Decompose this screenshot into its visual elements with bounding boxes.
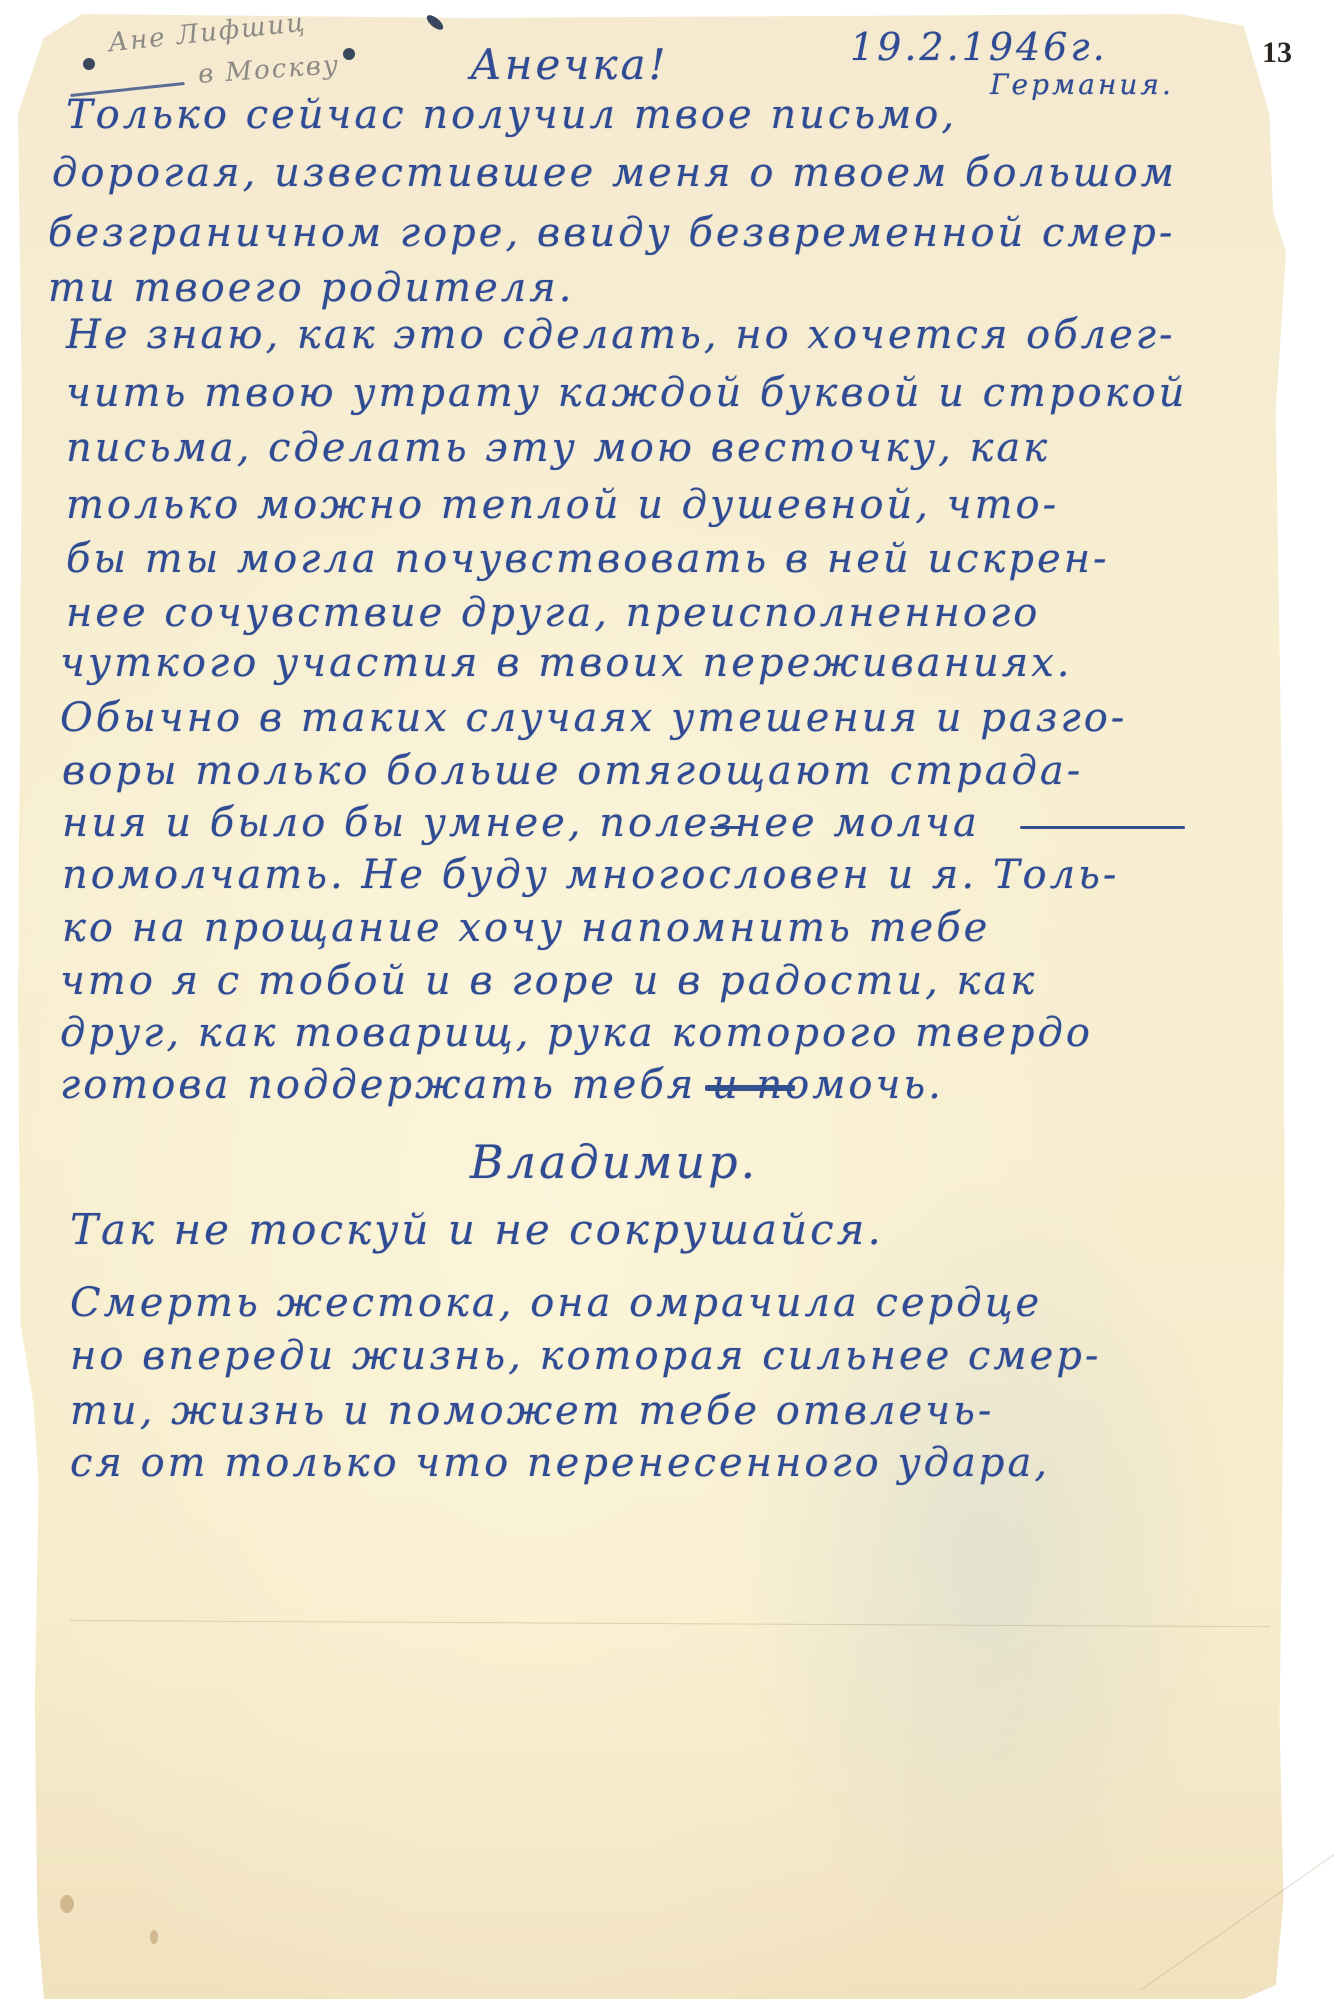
letter-line: ния и было бы умнее, полезнее молча: [62, 800, 980, 846]
ink-blot: [343, 48, 355, 60]
letter-line: что я с тобой и в горе и в радости, как: [60, 958, 1037, 1004]
strikethrough-mark: [710, 826, 740, 829]
letter-line: письма, сделать эту мою весточку, как: [66, 425, 1050, 471]
page-number: 13: [1262, 36, 1292, 70]
strikethrough-mark: [1020, 826, 1185, 829]
letter-line: чить твою утрату каждой буквой и строкой: [66, 370, 1187, 416]
paper-stain: [60, 1895, 74, 1913]
letter-line: ко на прощание хочу напомнить тебе: [62, 905, 990, 951]
letter-date: 19.2.1946г.: [850, 25, 1108, 69]
postscript-line: ся от только что перенесенного удара,: [70, 1440, 1050, 1486]
letter-line: безграничном горе, ввиду безвременной см…: [48, 210, 1175, 256]
postscript-line: но впереди жизнь, которая сильнее смер-: [70, 1333, 1101, 1379]
letter-place: Германия.: [990, 68, 1174, 101]
salutation: Анечка!: [470, 40, 668, 89]
letter-line: помолчать. Не буду многословен и я. Толь…: [62, 852, 1119, 898]
letter-line: друг, как товарищ, рука которого твердо: [60, 1010, 1093, 1056]
letter-line: дорогая, известившее меня о твоем большо…: [52, 150, 1177, 196]
letter-line: нее сочувствие друга, преисполненного: [66, 590, 1040, 636]
letter-line: Только сейчас получил твое письмо,: [66, 92, 957, 138]
postscript-line: ти, жизнь и поможет тебе отвлечь-: [70, 1388, 994, 1434]
letter-line: бы ты могла почувствовать в ней искрен-: [66, 536, 1110, 582]
paper-stain: [150, 1930, 158, 1944]
letter-line: только можно теплой и душевной, что-: [66, 482, 1059, 528]
postscript-line: Смерть жестока, она омрачила сердце: [70, 1280, 1042, 1326]
letter-line: Не знаю, как это сделать, но хочется обл…: [66, 312, 1176, 358]
letter-line: готова поддержать тебя и помочь.: [60, 1062, 944, 1108]
strikethrough-mark: [705, 1085, 795, 1091]
letter-line: ти твоего родителя.: [48, 265, 574, 311]
letter-line: воры только больше отягощают страда-: [62, 748, 1083, 794]
postscript-line: Так не тоскуй и не сокрушайся.: [70, 1205, 884, 1254]
letter-line: Обычно в таких случаях утешения и разго-: [60, 695, 1127, 741]
signature: Владимир.: [470, 1135, 758, 1189]
letter-line: чуткого участия в твоих переживаниях.: [60, 640, 1072, 686]
ink-blot: [83, 58, 95, 70]
